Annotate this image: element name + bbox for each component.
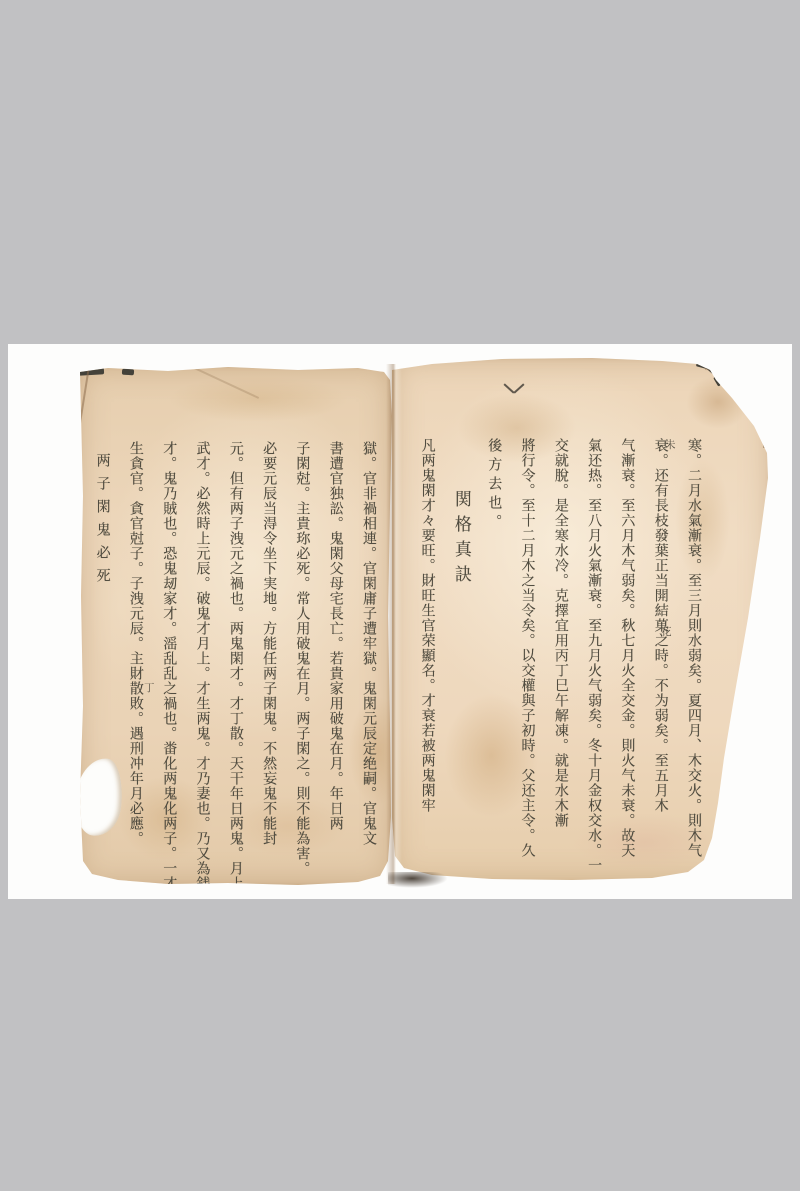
text-column: 子閑尅。主貴珎必死。常人用破鬼在月。两子閑之。則不能為害。 <box>285 441 318 893</box>
text-column: 气漸衰。至六月木气弱矣。秋七月火全交金。則火气未衰。故天 <box>610 438 643 890</box>
left-page: 丁 獄。官非禍相連。官閑庸子遭牢獄。鬼閑元辰定绝嗣。官鬼文 書遭官独訟。鬼閑父母… <box>78 366 392 885</box>
corner-crease <box>79 370 90 426</box>
right-page-text: 寒。二月水氣漸衰。至三月則水弱矣。夏四月、木交火。則木气 衰。还有長枝發葉正当開… <box>410 438 710 890</box>
text-column: 必要元辰当淂令坐下実地。方能任两子閑鬼。不然妄鬼不能封 <box>252 441 285 893</box>
text-column: 元。但有两子洩元之禍也。两鬼閑才。才丁散。天干年日两鬼。月上 <box>219 441 252 893</box>
corner-crease-arc <box>705 368 765 448</box>
right-page: 未 花 寒。二月水氣漸衰。至三月則水弱矣。夏四月、木交火。則木气 衰。还有長枝發… <box>392 358 770 882</box>
text-column: 武才。必然時上元辰。破鬼才月上。才生两鬼。才乃妻也。乃又為銭 <box>185 441 218 893</box>
text-column: 生貪官。貪官尅子。子洩元辰。主財散敗。遇刑冲年月必應。 <box>119 441 152 893</box>
section-heading: 関格真訣 <box>444 438 477 890</box>
left-page-text: 獄。官非禍相連。官閑庸子遭牢獄。鬼閑元辰定绝嗣。官鬼文 書遭官独訟。鬼閑父母宅長… <box>85 441 385 893</box>
edge-tear-mark <box>122 369 134 376</box>
paper-stain <box>168 376 348 422</box>
v-notch-crease <box>514 383 525 393</box>
scan-backdrop: 丁 獄。官非禍相連。官閑庸子遭牢獄。鬼閑元辰定绝嗣。官鬼文 書遭官独訟。鬼閑父母… <box>0 0 800 1191</box>
text-column: 氣还热。至八月火氣漸衰。至九月火气弱矣。冬十月金权交水。一 <box>577 438 610 890</box>
text-column: 書遭官独訟。鬼閑父母宅長亡。若貴家用破鬼在月。年日两 <box>318 441 351 893</box>
text-column: 將行令。至十二月木之当令矣。以交權與子初時。父还主令。久 <box>510 438 543 890</box>
text-column: 凡两鬼閑才々要旺。財旺生官荣顯名。才衰若被两鬼閑牢 <box>410 438 443 890</box>
text-column: 寒。二月水氣漸衰。至三月則水弱矣。夏四月、木交火。則木气 <box>677 438 710 890</box>
text-column: 才。鬼乃賊也。恐鬼刼家才。滛乱乱之禍也。畨化两鬼化两子。一才 <box>152 441 185 893</box>
diagonal-crease <box>177 359 259 398</box>
edge-tear-mark <box>696 363 710 370</box>
text-column: 交就脫。是全寒水冷。克擇宜用丙丁巳午解凍。就是水木漸 <box>544 438 577 890</box>
text-column: 两子閑鬼必死 <box>85 441 118 893</box>
edge-tear-mark <box>78 367 104 375</box>
center-fold <box>386 364 402 884</box>
fold-bottom-shadow <box>388 872 448 888</box>
text-column: 衰。还有長枝發葉正当開結菓之時。不为弱矣。至五月木 <box>643 438 676 890</box>
scanned-sheet: 丁 獄。官非禍相連。官閑庸子遭牢獄。鬼閑元辰定绝嗣。官鬼文 書遭官独訟。鬼閑父母… <box>8 344 792 899</box>
text-column: 獄。官非禍相連。官閑庸子遭牢獄。鬼閑元辰定绝嗣。官鬼文 <box>352 441 385 893</box>
text-column: 後方去也。 <box>477 438 510 890</box>
